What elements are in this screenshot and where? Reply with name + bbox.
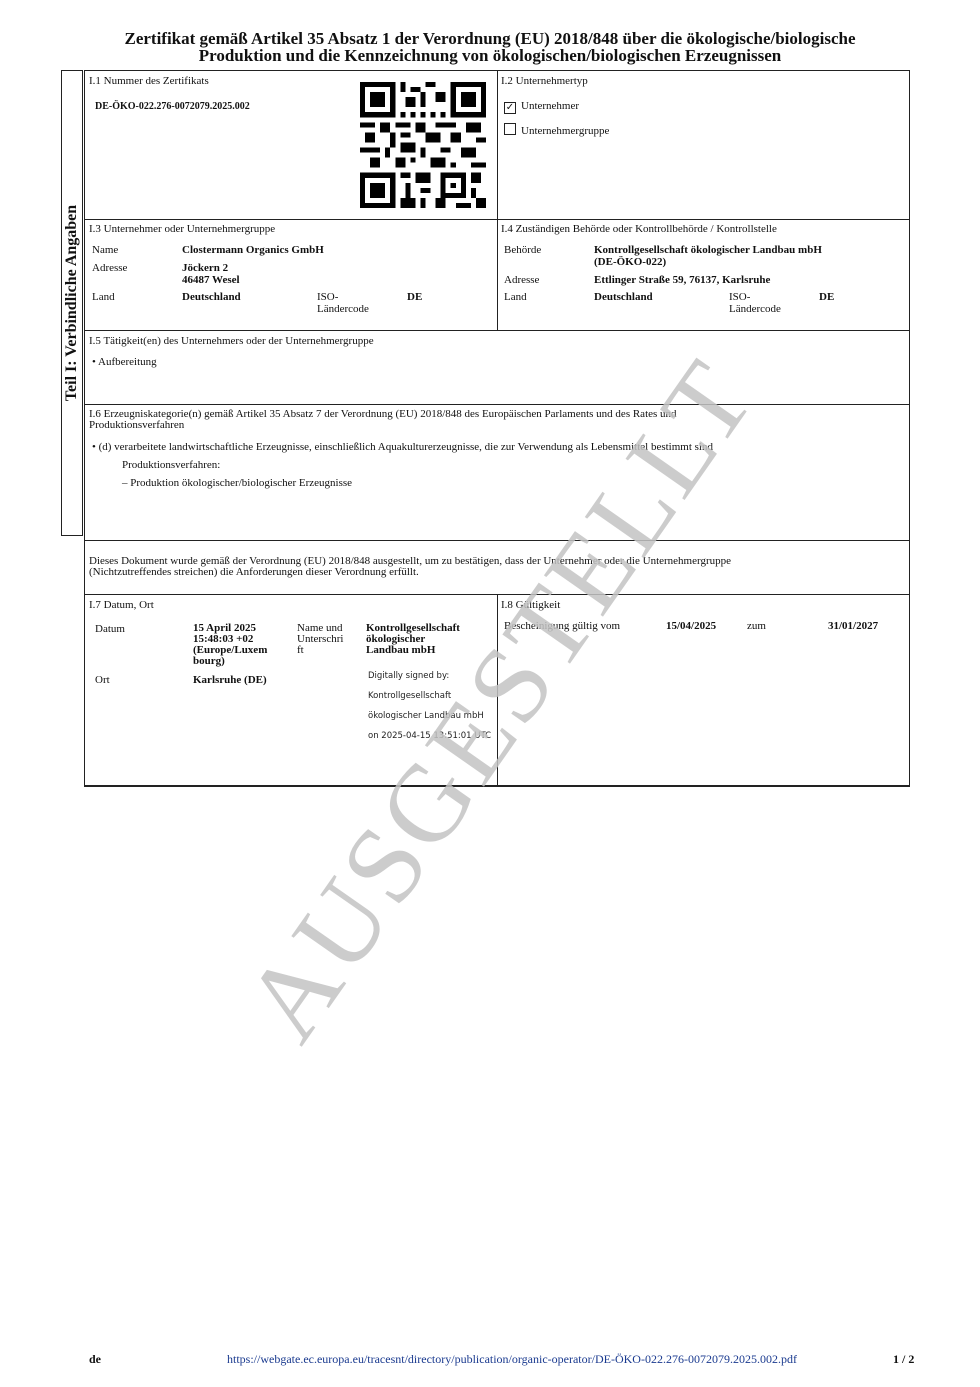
- date-label: Datum: [95, 623, 125, 635]
- iso-label-line-2: Ländercode: [317, 303, 369, 315]
- signature-line: Kontrollgesellschaft: [368, 686, 491, 706]
- date-line: bourg): [193, 656, 267, 667]
- option-label: Unternehmer: [521, 100, 579, 112]
- operator-iso-code: DE: [407, 291, 422, 303]
- issue-place: Karlsruhe (DE): [193, 674, 267, 686]
- operator-address: Jöckern 2 46487 Wesel: [182, 262, 240, 286]
- title-line-2: Produktion und die Kennzeichnung von öko…: [40, 47, 940, 64]
- section-i3: I.3 Unternehmer oder Unternehmergruppe N…: [84, 219, 498, 331]
- valid-from-date: 15/04/2025: [666, 620, 716, 632]
- authority-line-1: Kontrollgesellschaft ökologischer Landba…: [594, 244, 822, 256]
- operator-country: Deutschland: [182, 291, 241, 303]
- title-line-1: Zertifikat gemäß Artikel 35 Absatz 1 der…: [40, 30, 940, 47]
- page-number: 1 / 2: [893, 1352, 914, 1367]
- section-i5: I.5 Tätigkeit(en) des Unternehmers oder …: [84, 330, 910, 405]
- iso-label-line-2: Ländercode: [729, 303, 781, 315]
- authority-label: Behörde: [504, 244, 541, 256]
- footer-language: de: [89, 1352, 101, 1367]
- i8-heading: I.8 Gültigkeit: [501, 599, 560, 611]
- signature-label-line: ft: [297, 645, 343, 656]
- i7-heading: I.7 Datum, Ort: [89, 599, 154, 611]
- signature-label-line: Unterschri: [297, 634, 343, 645]
- procedure-label: Produktionsverfahren:: [122, 459, 220, 471]
- authority-address: Ettlinger Straße 59, 76137, Karlsruhe: [594, 274, 770, 286]
- operator-type-option-unternehmer[interactable]: ✓Unternehmer: [504, 100, 579, 114]
- digital-signature: Digitally signed by: Kontrollgesellschaf…: [368, 666, 491, 746]
- iso-label-line-1: ISO-: [317, 291, 369, 303]
- name-label: Name: [92, 244, 118, 256]
- operator-type-option-unternehmergruppe[interactable]: Unternehmergruppe: [504, 123, 609, 137]
- signature-line: Digitally signed by:: [368, 666, 491, 686]
- iso-label-line-1: ISO-: [729, 291, 781, 303]
- qr-code-icon: [360, 82, 486, 208]
- authority-line-2: (DE-ÖKO-022): [594, 256, 822, 268]
- part-label-box: Teil I: Verbindliche Angaben: [61, 70, 83, 536]
- authority-iso-code: DE: [819, 291, 834, 303]
- section-i8: I.8 Gültigkeit Bescheinigung gültig vom …: [497, 594, 910, 787]
- signature-line: ökologischer Landbau mbH: [368, 706, 491, 726]
- statement-text: Dieses Dokument wurde gemäß der Verordnu…: [89, 556, 731, 578]
- address-line-1: Jöckern 2: [182, 262, 240, 274]
- valid-to-date: 31/01/2027: [828, 620, 878, 632]
- footer-document-link[interactable]: https://webgate.ec.europa.eu/tracesnt/di…: [227, 1352, 797, 1367]
- product-category: • (d) verarbeitete landwirtschaftliche E…: [92, 441, 713, 453]
- section-i2: I.2 Unternehmertyp ✓Unternehmer Unterneh…: [497, 70, 910, 220]
- country-label: Land: [504, 291, 527, 303]
- i2-heading: I.2 Unternehmertyp: [501, 75, 588, 87]
- procedure-item: – Produktion ökologischer/biologischer E…: [122, 477, 352, 489]
- section-i6: I.6 Erzeugniskategorie(n) gemäß Artikel …: [84, 404, 910, 541]
- address-line-2: 46487 Wesel: [182, 274, 240, 286]
- signature-line: on 2025-04-15 13:51:01 UTC: [368, 726, 491, 746]
- i4-heading: I.4 Zuständigen Behörde oder Kontrollbeh…: [501, 223, 777, 235]
- authority-name: Kontrollgesellschaft ökologischer Landba…: [594, 244, 822, 268]
- address-label: Adresse: [504, 274, 539, 286]
- section-i7: I.7 Datum, Ort Datum 15 April 2025 15:48…: [84, 594, 498, 787]
- part-label: Teil I: Verbindliche Angaben: [63, 205, 81, 401]
- authority-country: Deutschland: [594, 291, 653, 303]
- checkbox-checked-icon[interactable]: ✓: [504, 102, 516, 114]
- issue-date: 15 April 2025 15:48:03 +02 (Europe/Luxem…: [193, 623, 267, 667]
- operator-name: Clostermann Organics GmbH: [182, 244, 324, 256]
- signer-line: Landbau mbH: [366, 645, 460, 656]
- i1-heading: I.1 Nummer des Zertifikats: [89, 75, 209, 87]
- statement-section: Dieses Dokument wurde gemäß der Verordnu…: [84, 540, 910, 595]
- i3-heading: I.3 Unternehmer oder Unternehmergruppe: [89, 223, 275, 235]
- iso-label: ISO- Ländercode: [729, 291, 781, 315]
- i6-heading: I.6 Erzeugniskategorie(n) gemäß Artikel …: [89, 409, 677, 431]
- activity-item: • Aufbereitung: [92, 356, 157, 368]
- address-label: Adresse: [92, 262, 127, 274]
- document-title: Zertifikat gemäß Artikel 35 Absatz 1 der…: [40, 30, 940, 64]
- country-label: Land: [92, 291, 115, 303]
- iso-label: ISO- Ländercode: [317, 291, 369, 315]
- valid-from-label: Bescheinigung gültig vom: [504, 620, 620, 632]
- valid-to-label: zum: [747, 620, 766, 632]
- statement-line-2: (Nichtzutreffendes streichen) die Anford…: [89, 567, 731, 578]
- signer-name: Kontrollgesellschaft ökologischer Landba…: [366, 623, 460, 656]
- checkbox-unchecked-icon[interactable]: [504, 123, 516, 135]
- i5-heading: I.5 Tätigkeit(en) des Unternehmers oder …: [89, 335, 374, 347]
- certificate-number: DE-ÖKO-022.276-0072079.2025.002: [95, 101, 250, 112]
- place-label: Ort: [95, 674, 110, 686]
- i6-heading-line-2: Produktionsverfahren: [89, 420, 677, 431]
- section-i4: I.4 Zuständigen Behörde oder Kontrollbeh…: [497, 219, 910, 331]
- signature-label: Name und Unterschri ft: [297, 623, 343, 656]
- option-label: Unternehmergruppe: [521, 125, 609, 137]
